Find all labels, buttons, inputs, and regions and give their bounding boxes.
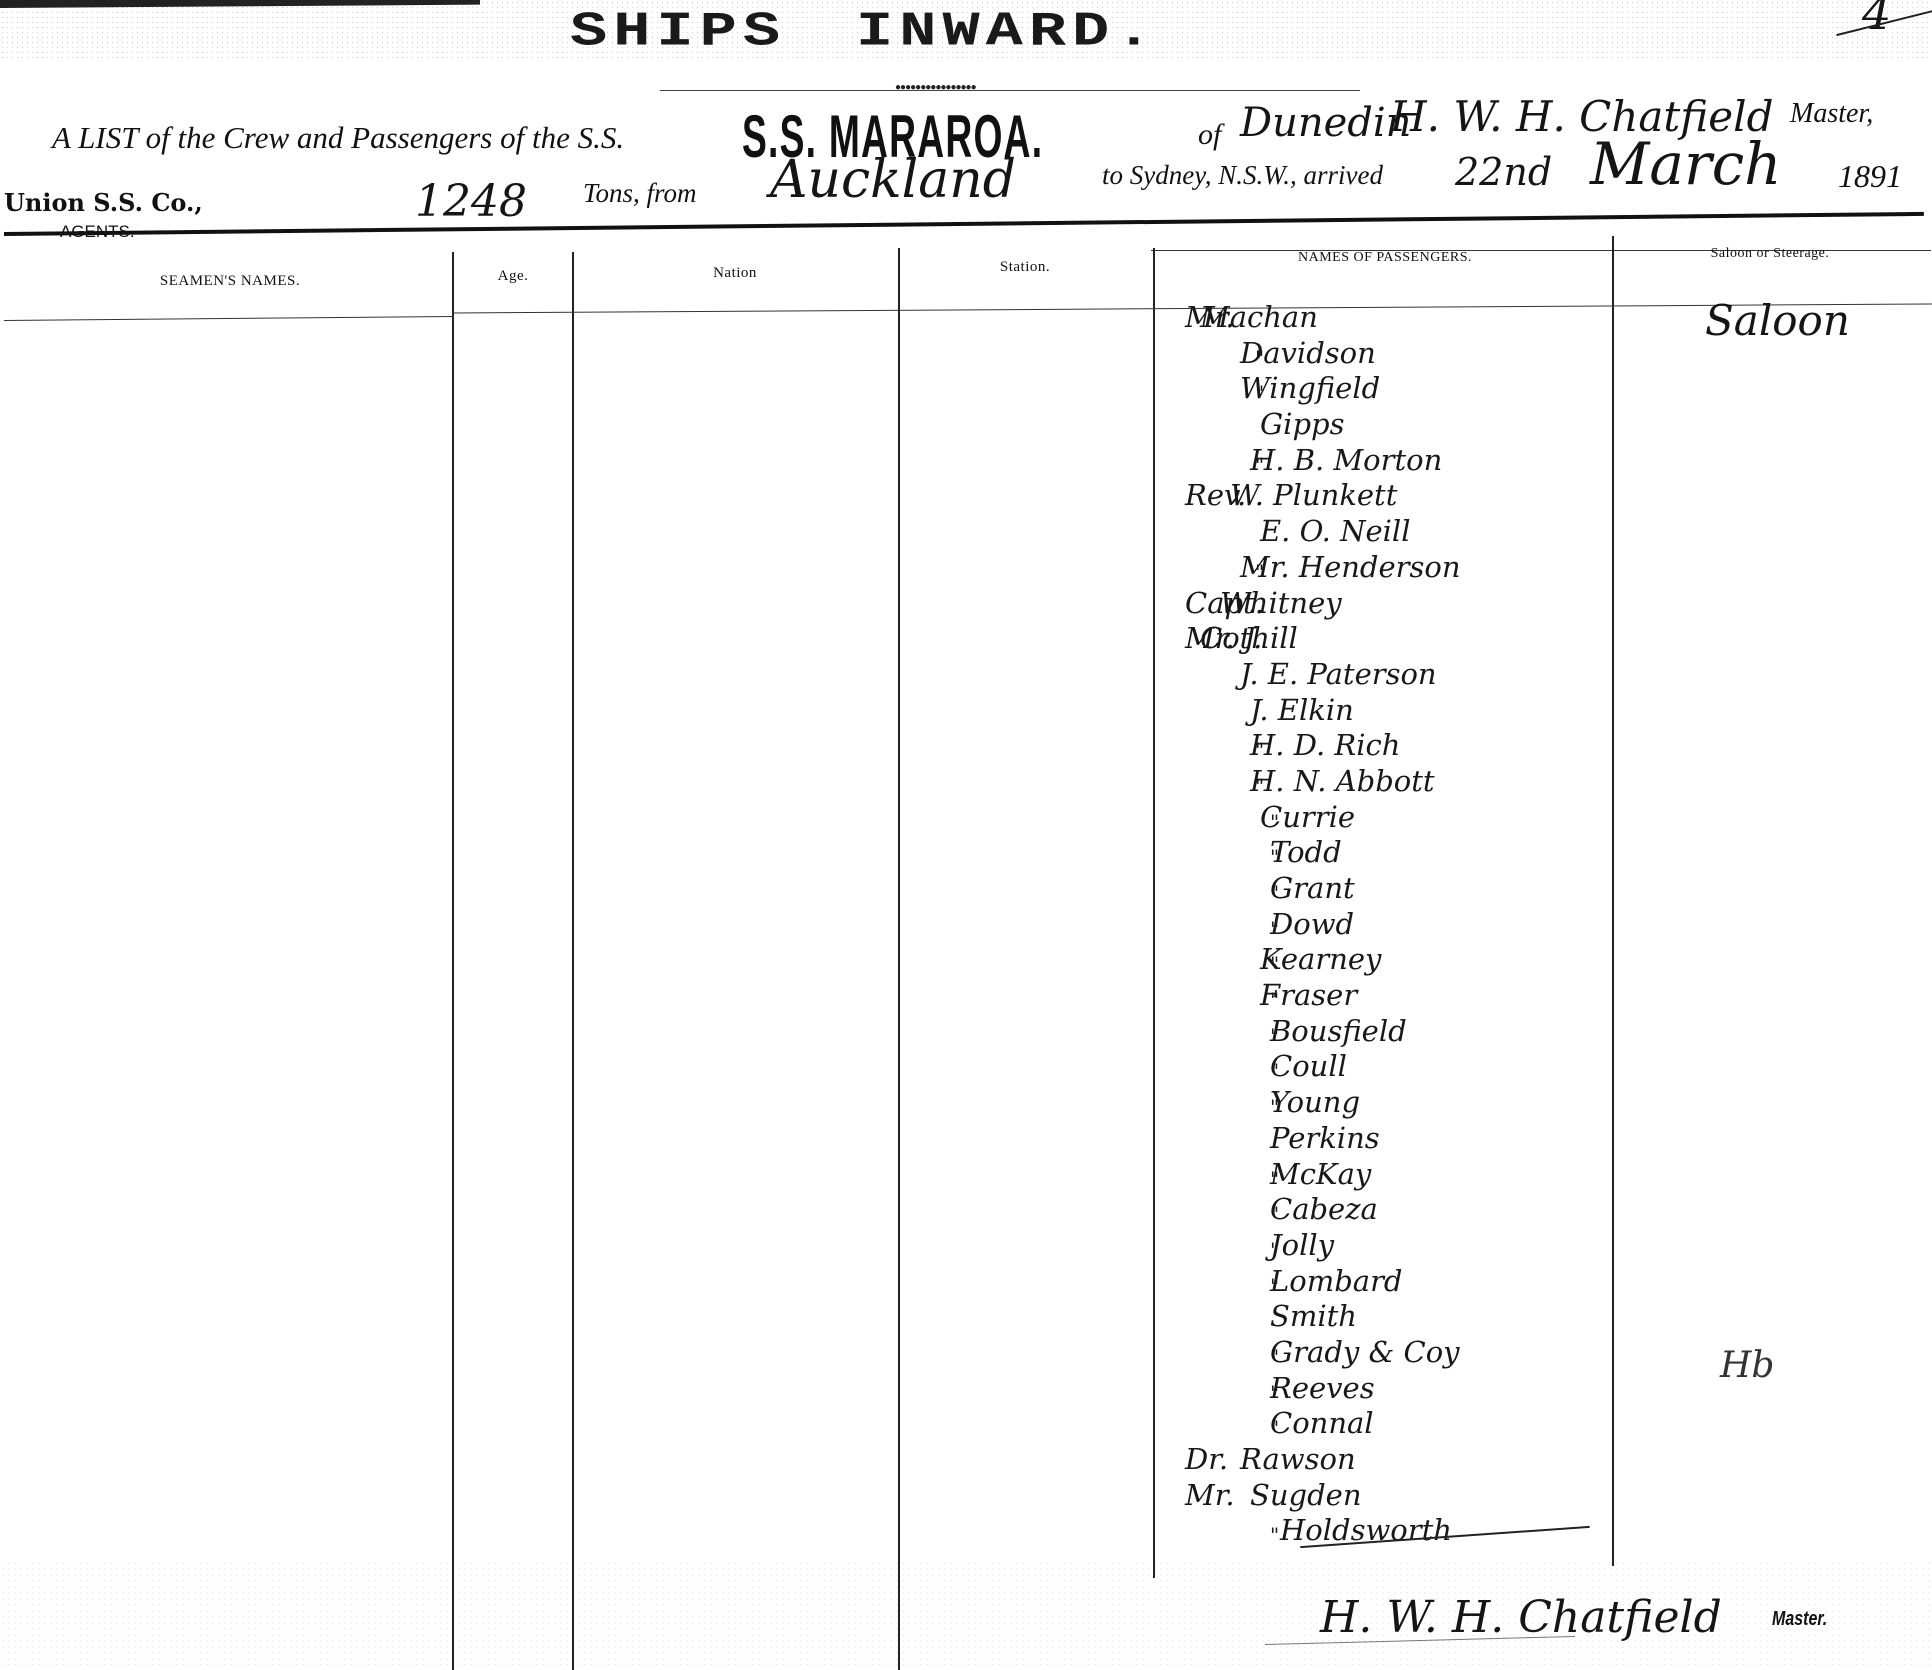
passenger-row: "Jolly — [1160, 1228, 1600, 1264]
column-divider — [452, 252, 454, 1670]
column-divider — [1612, 236, 1614, 1566]
column-divider — [898, 248, 900, 1670]
passenger-row: Rev.W. Plunkett — [1160, 478, 1600, 514]
port-of-registry: Dunedin — [1240, 100, 1411, 146]
passenger-name: Lombard — [1270, 1264, 1403, 1298]
passenger-row: "Grady & Coy — [1160, 1335, 1600, 1371]
passenger-name: Kearney — [1260, 942, 1381, 976]
passenger-row: "McKay — [1160, 1157, 1600, 1193]
margin-annotation: Hb — [1720, 1345, 1774, 1386]
master-signature: H. W. H. Chatfield — [1320, 1592, 1722, 1643]
destination-label: to Sydney, N.S.W., arrived — [1102, 160, 1383, 191]
passenger-row: "H. B. Morton — [1160, 443, 1600, 479]
passenger-row: E. O. Neill — [1160, 514, 1600, 550]
signature-label: Master. — [1772, 1608, 1827, 1631]
agents-company: Union S.S. Co., — [4, 188, 203, 217]
passenger-name: H. N. Abbott — [1250, 764, 1435, 798]
passenger-row: "Lombard — [1160, 1264, 1600, 1300]
passenger-name: Dowd — [1270, 907, 1354, 941]
tons-label: Tons, from — [583, 178, 697, 209]
name-prefix: Dr. — [1185, 1442, 1228, 1476]
passenger-name: Connal — [1270, 1406, 1374, 1440]
passenger-row: "Dowd — [1160, 907, 1600, 943]
title-ornament: ●●●●●●●●●●●●●●●● — [895, 82, 976, 93]
departure-port: Auckland — [770, 150, 1016, 210]
passenger-name: Machan — [1200, 300, 1318, 334]
header-rule — [4, 212, 1924, 236]
tonnage-value: 1248 — [415, 176, 527, 227]
arrival-day: 22nd — [1455, 150, 1552, 194]
passenger-name: Reeves — [1270, 1371, 1375, 1405]
passenger-name: H. D. Rich — [1250, 728, 1400, 762]
passenger-row: "Kearney — [1160, 942, 1600, 978]
passenger-row: "Davidson — [1160, 336, 1600, 372]
passenger-name: Fraser — [1260, 978, 1357, 1012]
arrival-year: 1891 — [1838, 158, 1902, 195]
passenger-row: "Cabeza — [1160, 1192, 1600, 1228]
passenger-name: Gipps — [1260, 407, 1344, 441]
passenger-row: "Grant — [1160, 871, 1600, 907]
passenger-name: Todd — [1270, 835, 1342, 869]
header-station: Station. — [905, 259, 1145, 276]
passenger-row: Mr.Sugden — [1160, 1478, 1600, 1514]
passenger-name: J. Elkin — [1250, 693, 1354, 727]
passenger-name: Smith — [1270, 1299, 1357, 1333]
passenger-row: "H. D. Rich — [1160, 728, 1600, 764]
passenger-name: Cabeza — [1270, 1192, 1378, 1226]
document-title: SHIPSINWARD. — [570, 4, 1158, 59]
passenger-name: H. B. Morton — [1250, 443, 1442, 477]
passenger-name: Wingfield — [1240, 371, 1380, 405]
passenger-row: "Currie — [1160, 800, 1600, 836]
passenger-row: "Reeves — [1160, 1371, 1600, 1407]
passenger-row: "H. N. Abbott — [1160, 764, 1600, 800]
passenger-list: Mr.Machan"Davidson"WingfieldGipps"H. B. … — [1160, 300, 1600, 1549]
passenger-name: Cothill — [1200, 621, 1298, 655]
passenger-row: J. E. Paterson — [1160, 657, 1600, 693]
of-label: of — [1198, 118, 1221, 152]
passenger-row: Mr. J.Cothill — [1160, 621, 1600, 657]
passenger-row: "Mr. Henderson — [1160, 550, 1600, 586]
intro-text: A LIST of the Crew and Passengers of the… — [52, 120, 624, 156]
header-bottom-rule — [4, 316, 454, 321]
passenger-row: "Fraser — [1160, 978, 1600, 1014]
passenger-name: Grady & Coy — [1270, 1335, 1460, 1369]
master-label: Master, — [1790, 98, 1873, 130]
passenger-row: Capt.Whitney — [1160, 586, 1600, 622]
passenger-row: "Bousfield — [1160, 1014, 1600, 1050]
passenger-row: "Young — [1160, 1085, 1600, 1121]
column-divider — [572, 252, 574, 1670]
title-rule — [660, 90, 1360, 91]
passenger-row: "Wingfield — [1160, 371, 1600, 407]
header-nation: Nation — [580, 265, 890, 282]
passenger-row: "Todd — [1160, 835, 1600, 871]
passenger-name: Mr. Henderson — [1240, 550, 1461, 584]
passenger-name: Jolly — [1270, 1228, 1334, 1262]
passenger-name: Grant — [1270, 871, 1355, 905]
passenger-row: Gipps — [1160, 407, 1600, 443]
passenger-name: E. O. Neill — [1260, 514, 1410, 548]
passenger-name: Whitney — [1220, 586, 1342, 620]
passenger-row: Dr.Rawson — [1160, 1442, 1600, 1478]
passenger-name: Perkins — [1270, 1121, 1380, 1155]
passenger-name: Rawson — [1240, 1442, 1356, 1476]
passenger-row: Perkins — [1160, 1121, 1600, 1157]
passenger-row: J. Elkin — [1160, 693, 1600, 729]
passenger-name: Currie — [1260, 800, 1355, 834]
header-passenger-names: NAMES OF PASSENGERS. — [1160, 250, 1610, 266]
page-number: 4 — [1862, 0, 1891, 40]
name-prefix: Mr. — [1185, 1478, 1235, 1512]
header-seamen-names: SEAMEN'S NAMES. — [60, 273, 400, 290]
passenger-name: Davidson — [1240, 336, 1376, 370]
passenger-name: W. Plunkett — [1230, 478, 1397, 512]
passenger-row: "Coull — [1160, 1049, 1600, 1085]
passenger-name: Coull — [1270, 1049, 1347, 1083]
passenger-name: McKay — [1270, 1157, 1371, 1191]
column-divider — [1153, 248, 1155, 1578]
ditto-mark: " — [1270, 1523, 1279, 1547]
arrival-month: March — [1590, 130, 1782, 198]
passenger-row: Smith — [1160, 1299, 1600, 1335]
class-value: Saloon — [1705, 296, 1850, 345]
header-class: Saloon or Steerage. — [1620, 246, 1920, 262]
header-age: Age. — [458, 268, 568, 285]
passenger-row: "Connal — [1160, 1406, 1600, 1442]
passenger-name: Sugden — [1250, 1478, 1362, 1512]
passenger-name: Bousfield — [1270, 1014, 1407, 1048]
passenger-row: Mr.Machan — [1160, 300, 1600, 336]
passenger-name: Young — [1270, 1085, 1360, 1119]
passenger-name: J. E. Paterson — [1240, 657, 1437, 691]
